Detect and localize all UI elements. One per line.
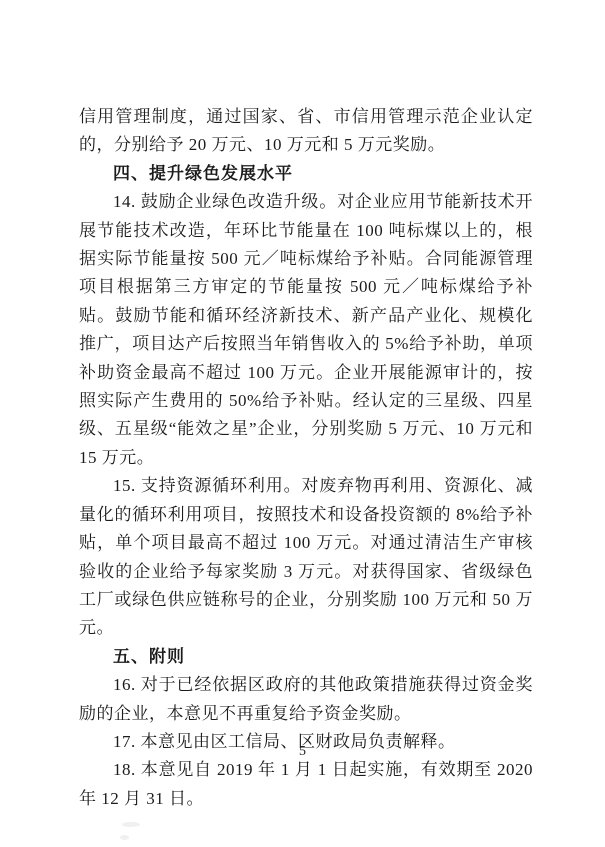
paragraph: 16. 对于已经依据区政府的其他政策措施获得过资金奖励的企业，本意见不再重复给予…	[79, 671, 533, 728]
document-body: 信用管理制度，通过国家、省、市信用管理示范企业认定的，分别给予 20 万元、10…	[79, 103, 533, 813]
paragraph: 14. 鼓励企业绿色改造升级。对企业应用节能新技术开展节能技术改造，年环比节能量…	[79, 188, 533, 472]
scan-artifact	[122, 822, 140, 827]
page-number: 5	[0, 742, 605, 762]
paragraph: 18. 本意见自 2019 年 1 月 1 日起实施，有效期至 2020 年 1…	[79, 756, 533, 813]
scan-artifact	[120, 835, 129, 840]
document-page: 信用管理制度，通过国家、省、市信用管理示范企业认定的，分别给予 20 万元、10…	[0, 0, 605, 847]
paragraph: 15. 支持资源循环利用。对废弃物再利用、资源化、减量化的循环利用项目，按照技术…	[79, 472, 533, 642]
paragraph: 信用管理制度，通过国家、省、市信用管理示范企业认定的，分别给予 20 万元、10…	[79, 103, 533, 160]
section-heading: 五、附则	[79, 643, 533, 671]
section-heading: 四、提升绿色发展水平	[79, 160, 533, 188]
